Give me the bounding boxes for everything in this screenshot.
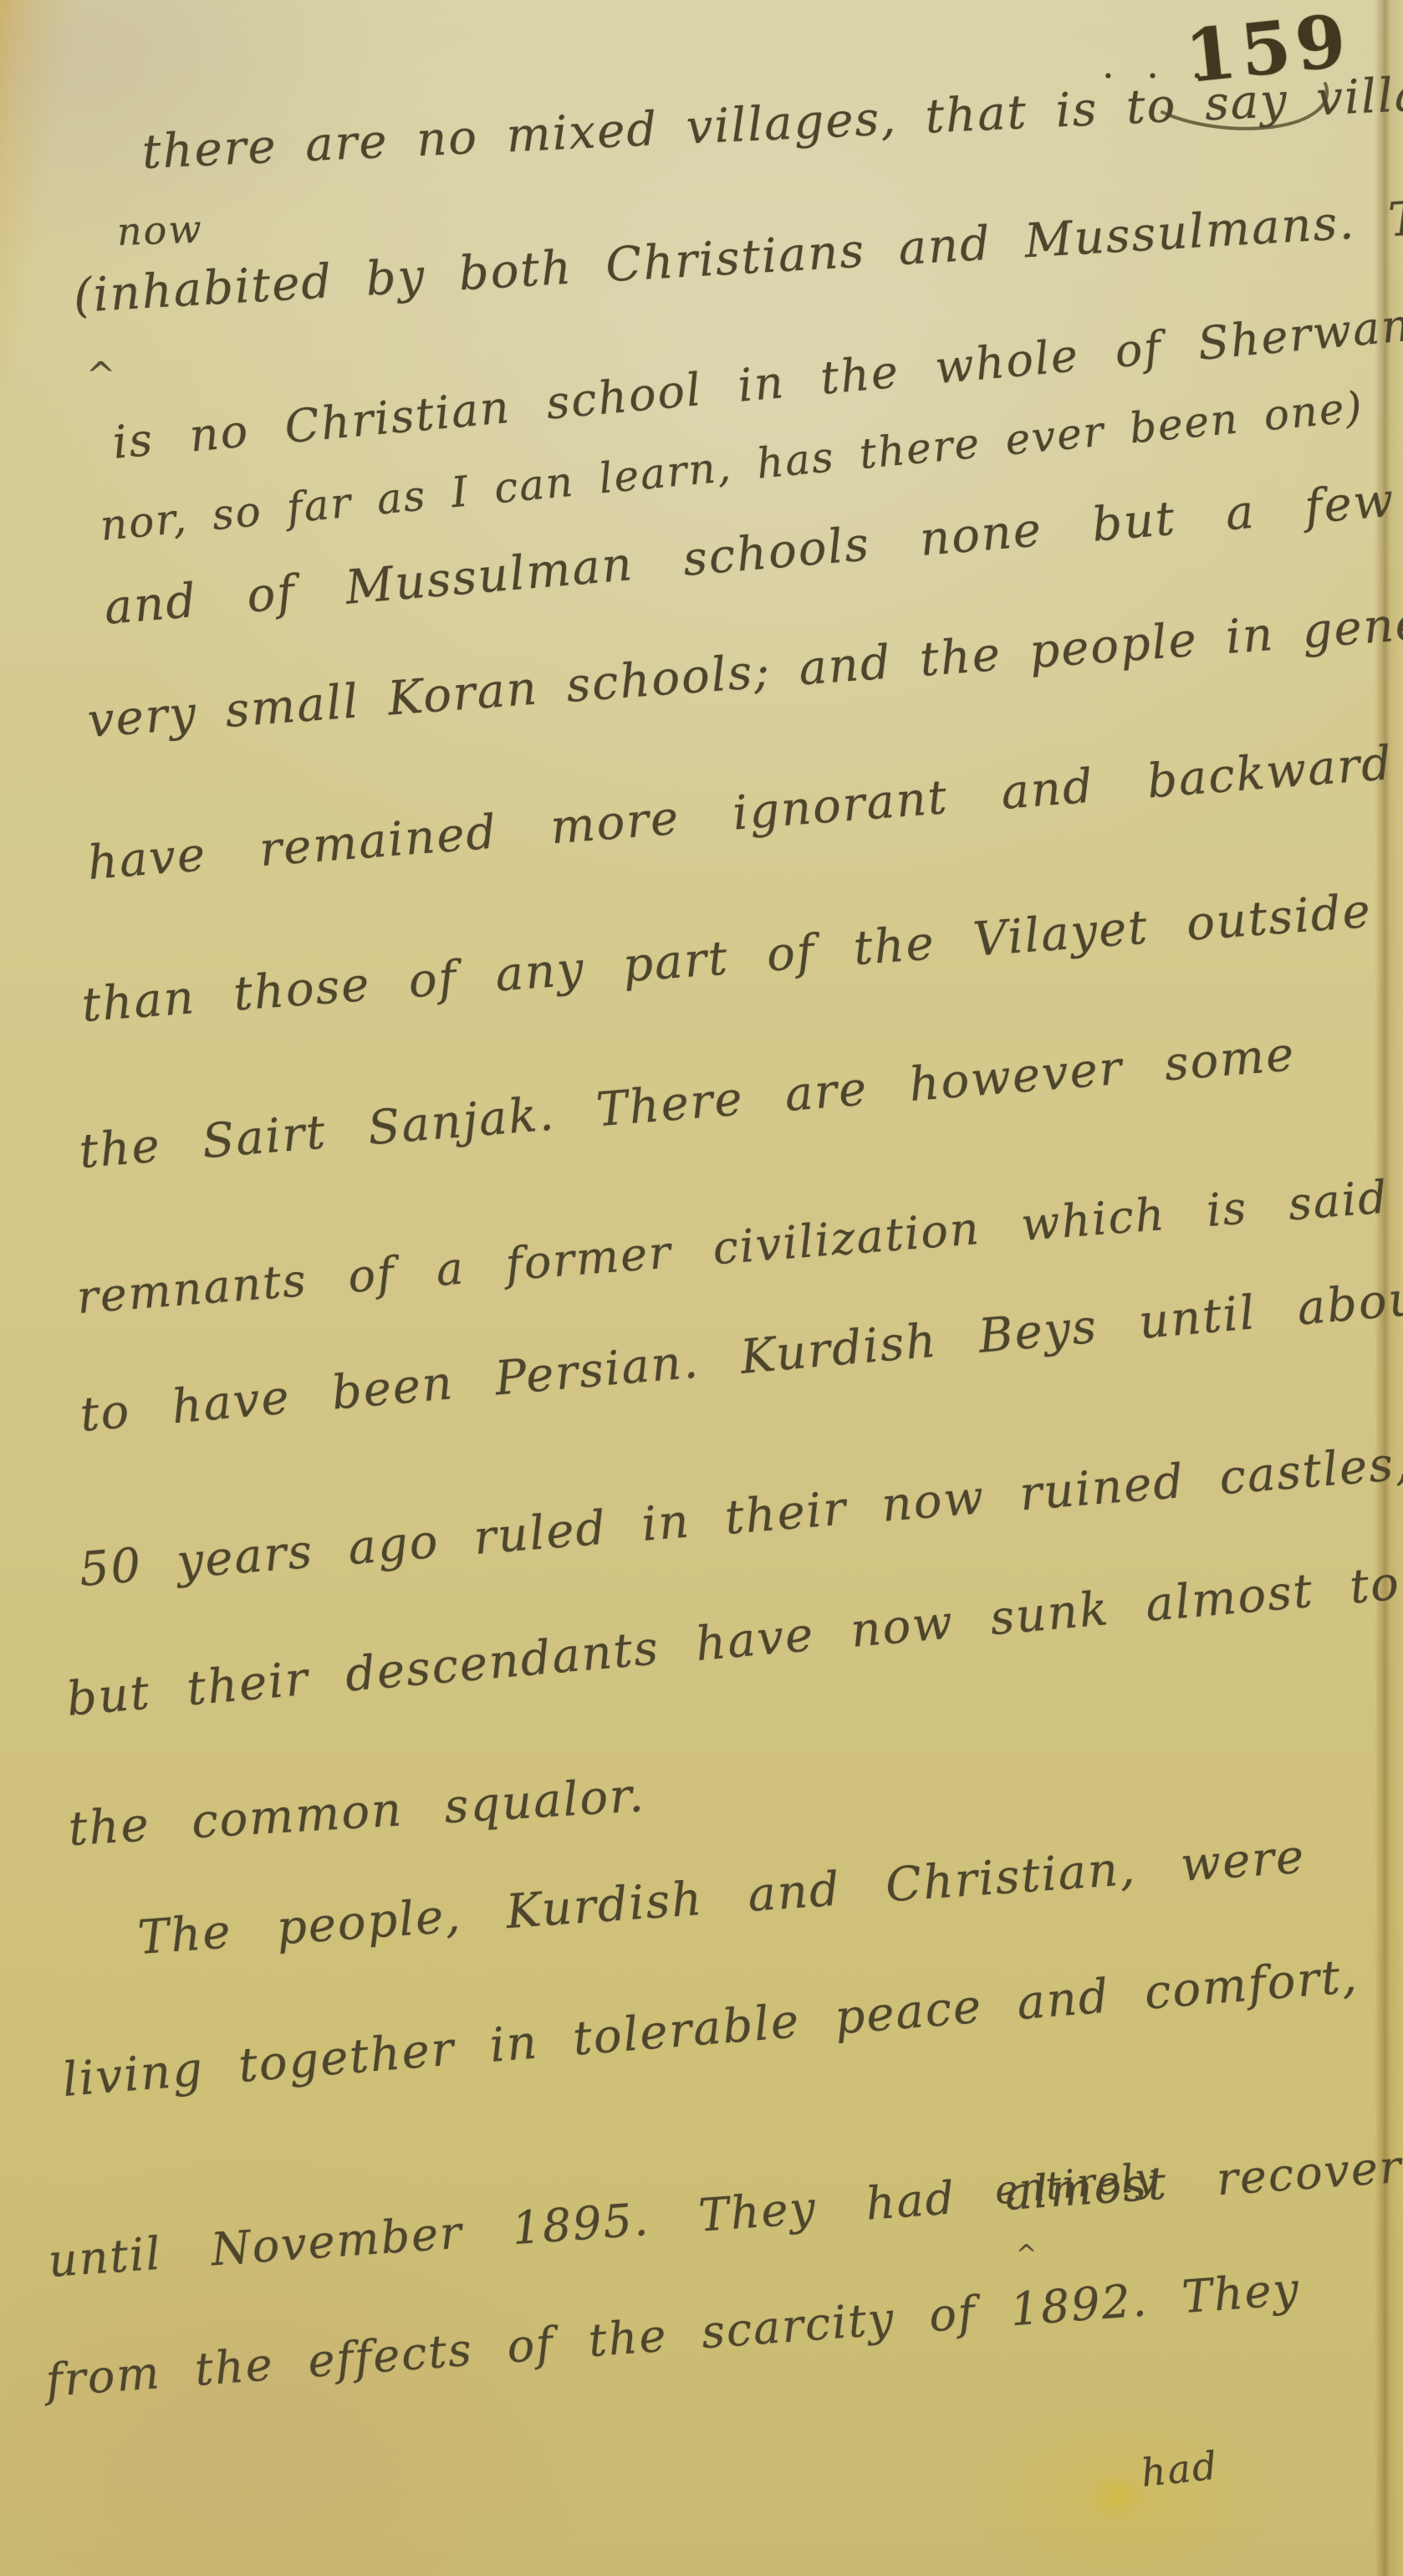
catchword: had [1139,2442,1221,2495]
paper-stain [1087,2471,1145,2522]
insertion-now: now [116,206,204,254]
caret-mark: ^ [86,355,117,396]
caret-mark: ^ [1016,2240,1038,2269]
